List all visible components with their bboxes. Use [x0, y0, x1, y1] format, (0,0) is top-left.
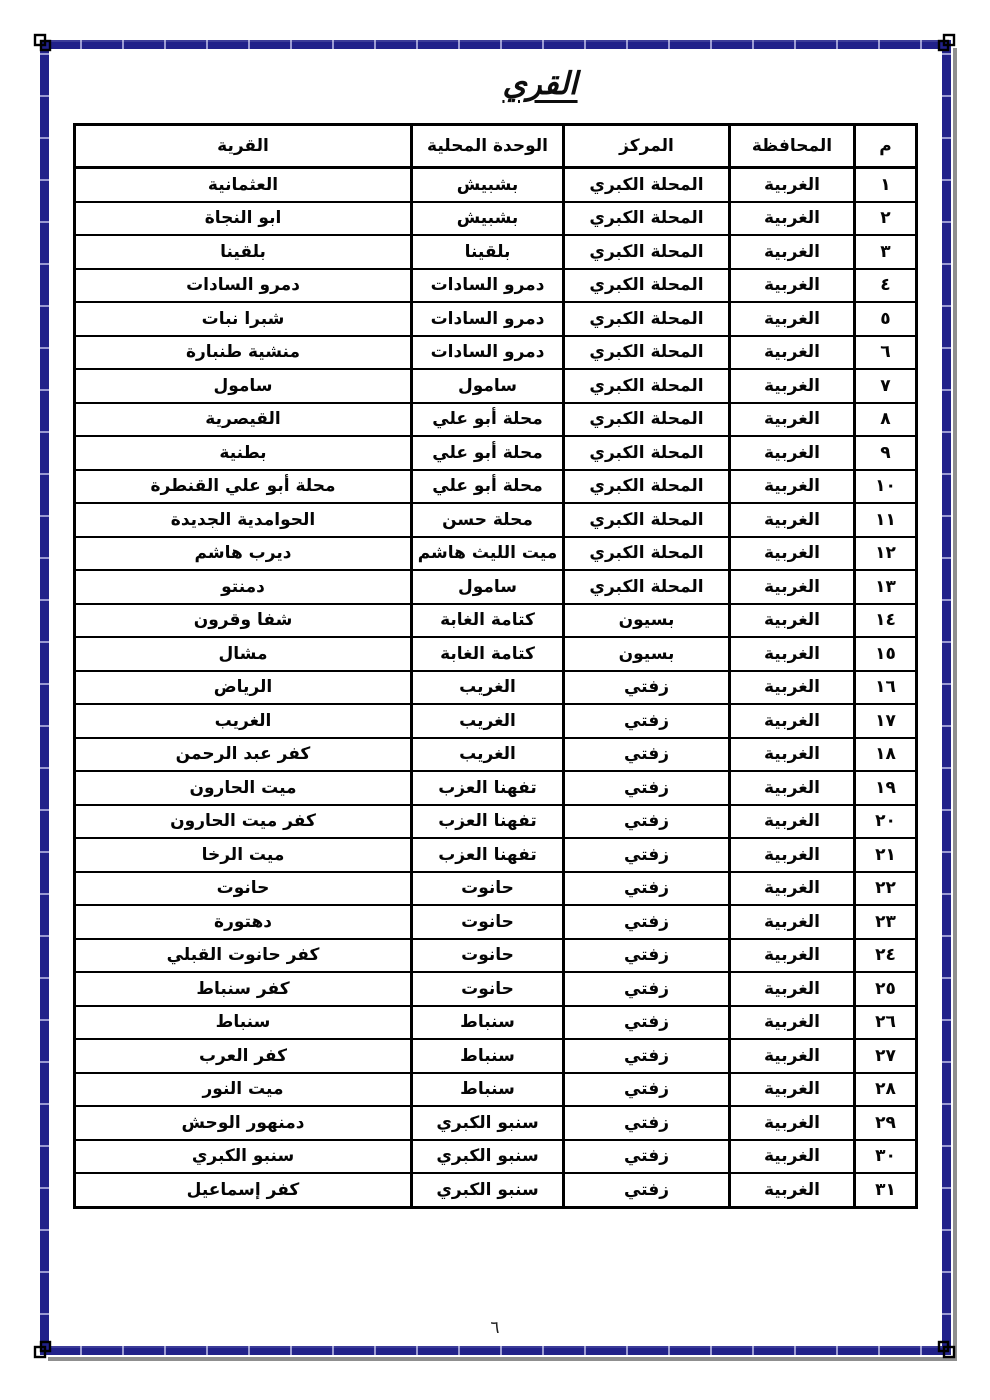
- cell-governorate: الغربية: [730, 470, 855, 504]
- cell-num: ٢١: [855, 838, 917, 872]
- cell-local-unit: ميت الليث هاشم: [412, 537, 564, 571]
- table-row: ٢٩الغربيةزفتيسنبو الكبريدمنهور الوحش: [75, 1106, 917, 1140]
- cell-num: ١٦: [855, 671, 917, 705]
- cell-village: دمنهور الوحش: [75, 1106, 412, 1140]
- cell-center: المحلة الكبري: [564, 537, 730, 571]
- cell-num: ٢٥: [855, 972, 917, 1006]
- corner-ornament-icon: [936, 1339, 956, 1359]
- cell-governorate: الغربية: [730, 1039, 855, 1073]
- cell-num: ٢٤: [855, 939, 917, 973]
- cell-local-unit: سامول: [412, 369, 564, 403]
- table-row: ٤الغربيةالمحلة الكبريدمرو الساداتدمرو ال…: [75, 269, 917, 303]
- header-governorate: المحافظة: [730, 125, 855, 168]
- cell-center: زفتي: [564, 1073, 730, 1107]
- table-row: ٦الغربيةالمحلة الكبريدمرو الساداتمنشية ط…: [75, 336, 917, 370]
- cell-governorate: الغربية: [730, 168, 855, 202]
- cell-governorate: الغربية: [730, 1106, 855, 1140]
- cell-governorate: الغربية: [730, 235, 855, 269]
- cell-governorate: الغربية: [730, 537, 855, 571]
- cell-local-unit: محلة أبو علي: [412, 470, 564, 504]
- table-row: ٢٠الغربيةزفتيتفهنا العزبكفر ميت الحارون: [75, 805, 917, 839]
- cell-num: ٢٨: [855, 1073, 917, 1107]
- header-village: القرية: [75, 125, 412, 168]
- table-row: ٧الغربيةالمحلة الكبريسامولسامول: [75, 369, 917, 403]
- cell-num: ١٢: [855, 537, 917, 571]
- cell-local-unit: الغريب: [412, 738, 564, 772]
- cell-local-unit: بشبيش: [412, 202, 564, 236]
- cell-local-unit: حانوت: [412, 905, 564, 939]
- cell-governorate: الغربية: [730, 403, 855, 437]
- cell-village: منشية طنبارة: [75, 336, 412, 370]
- table-row: ٢٣الغربيةزفتيحانوتدهتورة: [75, 905, 917, 939]
- table-row: ١٤الغربيةبسيونكتامة الغابةشفا وقرون: [75, 604, 917, 638]
- cell-local-unit: تفهنا العزب: [412, 771, 564, 805]
- cell-center: زفتي: [564, 972, 730, 1006]
- table-row: ٣١الغربيةزفتيسنبو الكبريكفر إسماعيل: [75, 1173, 917, 1207]
- cell-governorate: الغربية: [730, 503, 855, 537]
- cell-center: المحلة الكبري: [564, 336, 730, 370]
- cell-local-unit: كتامة الغابة: [412, 637, 564, 671]
- table-row: ٣٠الغربيةزفتيسنبو الكبريسنبو الكبري: [75, 1140, 917, 1174]
- cell-center: المحلة الكبري: [564, 369, 730, 403]
- cell-num: ١٣: [855, 570, 917, 604]
- cell-village: القيصرية: [75, 403, 412, 437]
- table-row: ١٢الغربيةالمحلة الكبريميت الليث هاشمديرب…: [75, 537, 917, 571]
- cell-village: محلة أبو علي القنطرة: [75, 470, 412, 504]
- cell-center: زفتي: [564, 1106, 730, 1140]
- cell-num: ٢٧: [855, 1039, 917, 1073]
- table-header: م المحافظة المركز الوحدة المحلية القرية: [75, 125, 917, 168]
- cell-village: مشال: [75, 637, 412, 671]
- cell-center: زفتي: [564, 805, 730, 839]
- table-row: ٢٢الغربيةزفتيحانوتحانوت: [75, 872, 917, 906]
- header-local-unit: الوحدة المحلية: [412, 125, 564, 168]
- cell-governorate: الغربية: [730, 637, 855, 671]
- cell-village: دمرو السادات: [75, 269, 412, 303]
- cell-governorate: الغربية: [730, 336, 855, 370]
- cell-village: سامول: [75, 369, 412, 403]
- cell-num: ٢٩: [855, 1106, 917, 1140]
- cell-local-unit: محلة أبو علي: [412, 436, 564, 470]
- page-border-right: [942, 40, 951, 1355]
- table-row: ٢٤الغربيةزفتيحانوتكفر حانوت القبلي: [75, 939, 917, 973]
- cell-village: كفر ميت الحارون: [75, 805, 412, 839]
- page-title: القري: [502, 66, 577, 102]
- cell-governorate: الغربية: [730, 939, 855, 973]
- cell-village: الحوامدية الجديدة: [75, 503, 412, 537]
- table-row: ٢٥الغربيةزفتيحانوتكفر سنباط: [75, 972, 917, 1006]
- cell-governorate: الغربية: [730, 604, 855, 638]
- corner-ornament-icon: [33, 1339, 53, 1359]
- cell-local-unit: حانوت: [412, 972, 564, 1006]
- cell-governorate: الغربية: [730, 302, 855, 336]
- cell-center: زفتي: [564, 1173, 730, 1207]
- cell-center: زفتي: [564, 838, 730, 872]
- cell-num: ٣: [855, 235, 917, 269]
- cell-center: بسيون: [564, 604, 730, 638]
- table-row: ١٠الغربيةالمحلة الكبريمحلة أبو عليمحلة أ…: [75, 470, 917, 504]
- cell-num: ١٧: [855, 704, 917, 738]
- cell-num: ٣٠: [855, 1140, 917, 1174]
- cell-local-unit: بشبيش: [412, 168, 564, 202]
- cell-governorate: الغربية: [730, 838, 855, 872]
- cell-center: زفتي: [564, 905, 730, 939]
- cell-local-unit: محلة حسن: [412, 503, 564, 537]
- cell-local-unit: سنباط: [412, 1039, 564, 1073]
- cell-village: الغريب: [75, 704, 412, 738]
- cell-center: المحلة الكبري: [564, 570, 730, 604]
- cell-village: دهتورة: [75, 905, 412, 939]
- table-row: ١٣الغربيةالمحلة الكبريسامولدمنتو: [75, 570, 917, 604]
- page-border-shadow-right: [953, 48, 957, 1360]
- cell-village: بلقينا: [75, 235, 412, 269]
- cell-num: ٥: [855, 302, 917, 336]
- cell-village: كفر العرب: [75, 1039, 412, 1073]
- table-row: ٨الغربيةالمحلة الكبريمحلة أبو عليالقيصري…: [75, 403, 917, 437]
- cell-num: ١١: [855, 503, 917, 537]
- cell-village: شبرا نبات: [75, 302, 412, 336]
- cell-num: ٤: [855, 269, 917, 303]
- cell-center: زفتي: [564, 671, 730, 705]
- cell-center: المحلة الكبري: [564, 235, 730, 269]
- cell-center: المحلة الكبري: [564, 302, 730, 336]
- cell-center: المحلة الكبري: [564, 503, 730, 537]
- cell-local-unit: سنبو الكبري: [412, 1106, 564, 1140]
- cell-local-unit: حانوت: [412, 939, 564, 973]
- cell-village: ميت الرخا: [75, 838, 412, 872]
- cell-governorate: الغربية: [730, 436, 855, 470]
- table-row: ٣الغربيةالمحلة الكبريبلقينابلقينا: [75, 235, 917, 269]
- cell-governorate: الغربية: [730, 570, 855, 604]
- cell-village: سنباط: [75, 1006, 412, 1040]
- cell-local-unit: دمرو السادات: [412, 269, 564, 303]
- cell-governorate: الغربية: [730, 1073, 855, 1107]
- page-border-top: [40, 40, 951, 49]
- villages-table: م المحافظة المركز الوحدة المحلية القرية …: [73, 123, 918, 1209]
- cell-center: المحلة الكبري: [564, 168, 730, 202]
- table-row: ١١الغربيةالمحلة الكبريمحلة حسنالحوامدية …: [75, 503, 917, 537]
- table-row: ١٨الغربيةزفتيالغريبكفر عبد الرحمن: [75, 738, 917, 772]
- cell-local-unit: سنباط: [412, 1006, 564, 1040]
- table-row: ١٩الغربيةزفتيتفهنا العزبميت الحارون: [75, 771, 917, 805]
- cell-num: ٢٣: [855, 905, 917, 939]
- cell-center: زفتي: [564, 771, 730, 805]
- cell-governorate: الغربية: [730, 1006, 855, 1040]
- cell-governorate: الغربية: [730, 1173, 855, 1207]
- table-row: ٢٦الغربيةزفتيسنباطسنباط: [75, 1006, 917, 1040]
- cell-local-unit: سنباط: [412, 1073, 564, 1107]
- cell-governorate: الغربية: [730, 269, 855, 303]
- cell-local-unit: تفهنا العزب: [412, 805, 564, 839]
- cell-num: ٢: [855, 202, 917, 236]
- cell-center: زفتي: [564, 872, 730, 906]
- cell-center: زفتي: [564, 939, 730, 973]
- table-row: ٢٧الغربيةزفتيسنباطكفر العرب: [75, 1039, 917, 1073]
- cell-village: بطنية: [75, 436, 412, 470]
- page-title-wrap: القري: [0, 66, 990, 102]
- cell-governorate: الغربية: [730, 872, 855, 906]
- cell-num: ٧: [855, 369, 917, 403]
- cell-center: المحلة الكبري: [564, 436, 730, 470]
- cell-local-unit: تفهنا العزب: [412, 838, 564, 872]
- cell-village: شفا وقرون: [75, 604, 412, 638]
- cell-village: ميت الحارون: [75, 771, 412, 805]
- table-row: ٩الغربيةالمحلة الكبريمحلة أبو عليبطنية: [75, 436, 917, 470]
- cell-village: دمنتو: [75, 570, 412, 604]
- cell-local-unit: محلة أبو علي: [412, 403, 564, 437]
- cell-center: زفتي: [564, 738, 730, 772]
- cell-local-unit: دمرو السادات: [412, 302, 564, 336]
- cell-num: ١٨: [855, 738, 917, 772]
- cell-governorate: الغربية: [730, 738, 855, 772]
- corner-ornament-icon: [33, 33, 53, 53]
- cell-num: ١٠: [855, 470, 917, 504]
- cell-governorate: الغربية: [730, 704, 855, 738]
- cell-local-unit: الغريب: [412, 704, 564, 738]
- cell-village: ديرب هاشم: [75, 537, 412, 571]
- table-row: ١الغربيةالمحلة الكبريبشبيشالعثمانية: [75, 168, 917, 202]
- cell-village: كفر حانوت القبلي: [75, 939, 412, 973]
- cell-num: ١٤: [855, 604, 917, 638]
- cell-num: ٣١: [855, 1173, 917, 1207]
- cell-num: ١٥: [855, 637, 917, 671]
- cell-center: المحلة الكبري: [564, 269, 730, 303]
- cell-local-unit: كتامة الغابة: [412, 604, 564, 638]
- cell-village: حانوت: [75, 872, 412, 906]
- table-row: ١٥الغربيةبسيونكتامة الغابةمشال: [75, 637, 917, 671]
- table-body: ١الغربيةالمحلة الكبريبشبيشالعثمانية٢الغر…: [75, 168, 917, 1208]
- cell-village: سنبو الكبري: [75, 1140, 412, 1174]
- cell-local-unit: حانوت: [412, 872, 564, 906]
- cell-num: ٦: [855, 336, 917, 370]
- cell-governorate: الغربية: [730, 805, 855, 839]
- cell-local-unit: الغريب: [412, 671, 564, 705]
- cell-center: المحلة الكبري: [564, 470, 730, 504]
- cell-num: ٨: [855, 403, 917, 437]
- page-border-left: [40, 40, 49, 1355]
- cell-num: ١: [855, 168, 917, 202]
- cell-village: كفر إسماعيل: [75, 1173, 412, 1207]
- cell-governorate: الغربية: [730, 905, 855, 939]
- cell-num: ١٩: [855, 771, 917, 805]
- cell-local-unit: سامول: [412, 570, 564, 604]
- cell-village: ابو النجاة: [75, 202, 412, 236]
- cell-num: ٢٢: [855, 872, 917, 906]
- cell-center: المحلة الكبري: [564, 202, 730, 236]
- header-center: المركز: [564, 125, 730, 168]
- cell-governorate: الغربية: [730, 369, 855, 403]
- cell-village: كفر سنباط: [75, 972, 412, 1006]
- cell-center: زفتي: [564, 1039, 730, 1073]
- cell-local-unit: سنبو الكبري: [412, 1173, 564, 1207]
- cell-center: المحلة الكبري: [564, 403, 730, 437]
- cell-center: زفتي: [564, 1006, 730, 1040]
- cell-local-unit: دمرو السادات: [412, 336, 564, 370]
- corner-ornament-icon: [936, 33, 956, 53]
- page-border-bottom: [40, 1346, 951, 1355]
- cell-center: بسيون: [564, 637, 730, 671]
- cell-village: الرياض: [75, 671, 412, 705]
- cell-village: ميت النور: [75, 1073, 412, 1107]
- header-row: م المحافظة المركز الوحدة المحلية القرية: [75, 125, 917, 168]
- cell-governorate: الغربية: [730, 972, 855, 1006]
- page-border-shadow-bottom: [48, 1357, 957, 1361]
- cell-governorate: الغربية: [730, 202, 855, 236]
- table-row: ٥الغربيةالمحلة الكبريدمرو الساداتشبرا نب…: [75, 302, 917, 336]
- table-row: ١٧الغربيةزفتيالغريبالغريب: [75, 704, 917, 738]
- cell-governorate: الغربية: [730, 771, 855, 805]
- cell-governorate: الغربية: [730, 671, 855, 705]
- cell-num: ٢٦: [855, 1006, 917, 1040]
- table-row: ٢٨الغربيةزفتيسنباطميت النور: [75, 1073, 917, 1107]
- cell-village: العثمانية: [75, 168, 412, 202]
- cell-local-unit: سنبو الكبري: [412, 1140, 564, 1174]
- header-serial: م: [855, 125, 917, 168]
- cell-center: زفتي: [564, 704, 730, 738]
- table-row: ١٦الغربيةزفتيالغريبالرياض: [75, 671, 917, 705]
- cell-village: كفر عبد الرحمن: [75, 738, 412, 772]
- cell-num: ٢٠: [855, 805, 917, 839]
- cell-center: زفتي: [564, 1140, 730, 1174]
- page-number: ٦: [0, 1318, 990, 1338]
- cell-num: ٩: [855, 436, 917, 470]
- document-page: { "page": { "title": "القري", "page_numb…: [0, 0, 990, 1400]
- cell-local-unit: بلقينا: [412, 235, 564, 269]
- cell-governorate: الغربية: [730, 1140, 855, 1174]
- table-row: ٢الغربيةالمحلة الكبريبشبيشابو النجاة: [75, 202, 917, 236]
- table-row: ٢١الغربيةزفتيتفهنا العزبميت الرخا: [75, 838, 917, 872]
